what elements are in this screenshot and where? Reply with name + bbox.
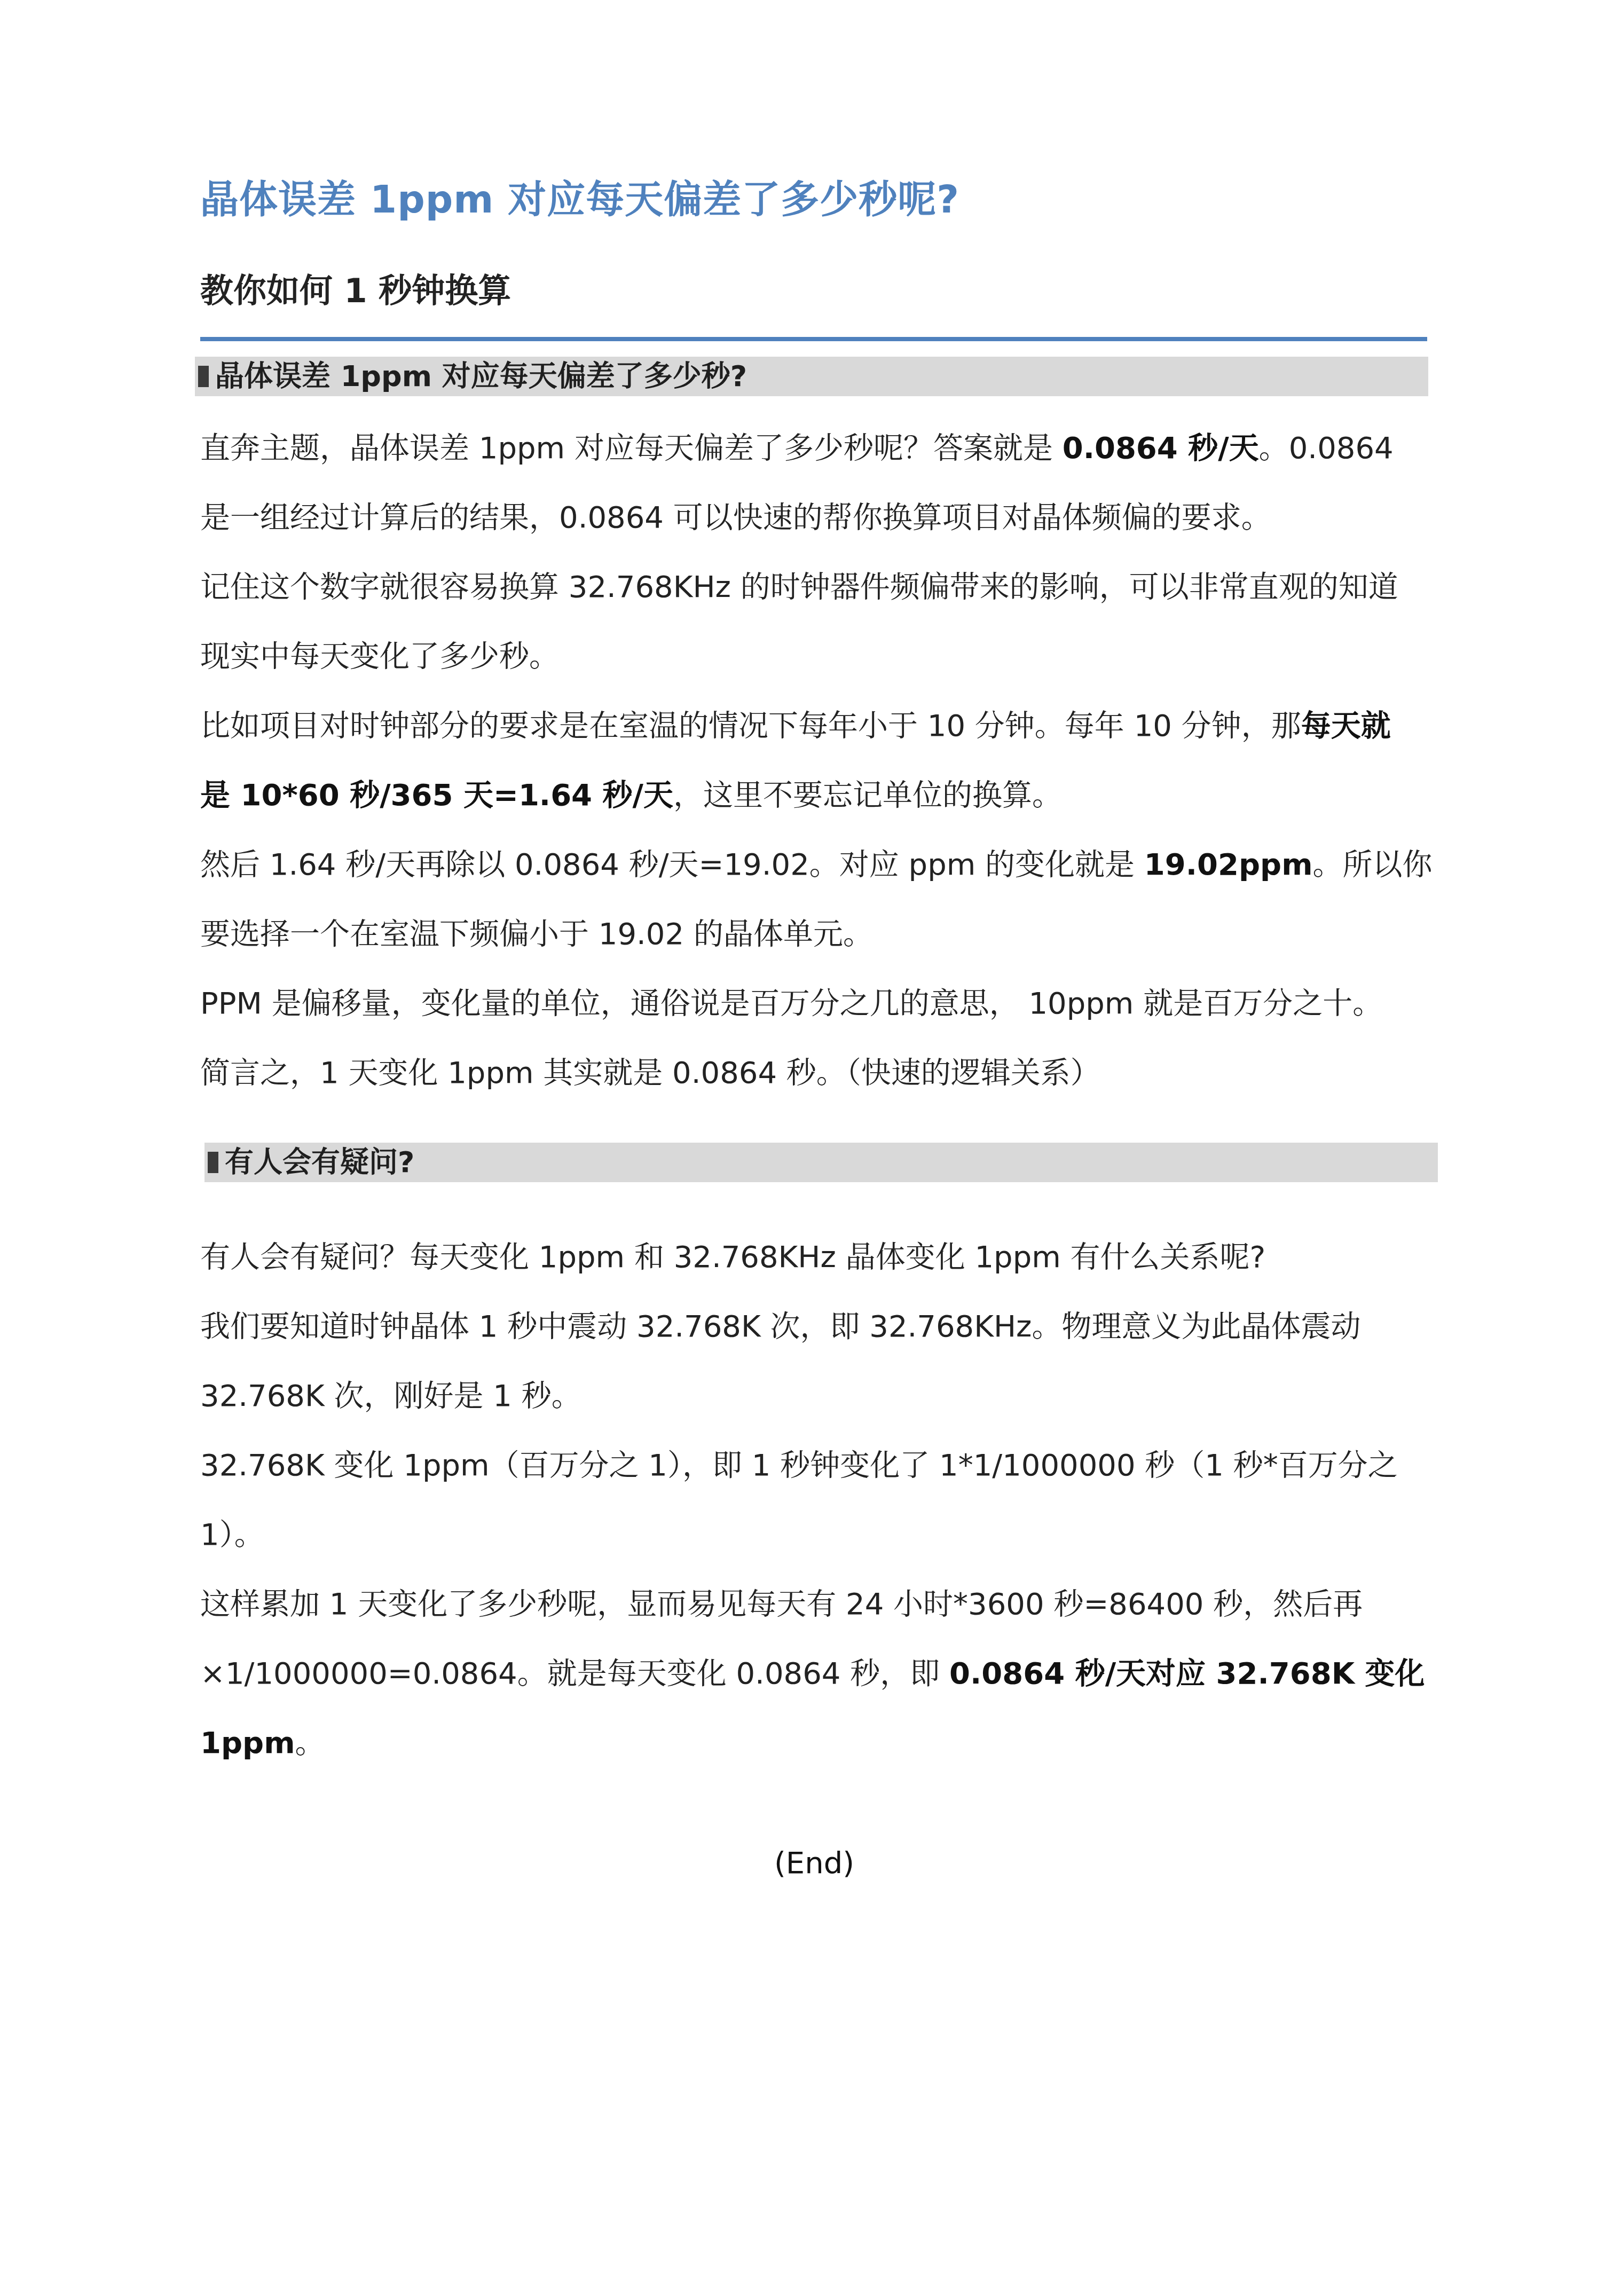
- paragraph-line: 记住这个数字就很容易换算 32.768KHz 的时钟器件频偏带来的影响，可以非常…: [200, 553, 1398, 622]
- paragraph-line: 是一组经过计算后的结果，0.0864 可以快速的帮你换算项目对晶体频偏的要求。: [200, 483, 1271, 553]
- paragraph-line: 有人会有疑问？每天变化 1ppm 和 32.768KHz 晶体变化 1ppm 有…: [200, 1223, 1265, 1292]
- section-heading-1: 晶体误差 1ppm 对应每天偏差了多少秒?: [195, 357, 1428, 396]
- paragraph-line: 比如项目对时钟部分的要求是在室温的情况下每年小于 10 分钟。每年 10 分钟，…: [200, 691, 1391, 761]
- paragraph-line: 我们要知道时钟晶体 1 秒中震动 32.768K 次，即 32.768KHz。物…: [200, 1292, 1360, 1362]
- paragraph-line: 32.768K 次，刚好是 1 秒。: [200, 1362, 581, 1431]
- paragraph-line: ×1/1000000=0.0864。就是每天变化 0.0864 秒，即 0.08…: [200, 1639, 1425, 1709]
- document-subtitle: 教你如何 1 秒钟换算: [200, 264, 511, 318]
- paragraph-line: 32.768K 变化 1ppm（百万分之 1），即 1 秒钟变化了 1*1/10…: [200, 1431, 1398, 1500]
- paragraph-line: 简言之，1 天变化 1ppm 其实就是 0.0864 秒。（快速的逻辑关系）: [200, 1039, 1100, 1108]
- paragraph-line: 要选择一个在室温下频偏小于 19.02 的晶体单元。: [200, 900, 873, 969]
- square-bullet-icon: [208, 1152, 218, 1173]
- square-bullet-icon: [198, 366, 209, 387]
- document-page: 晶体误差 1ppm 对应每天偏差了多少秒呢? 教你如何 1 秒钟换算 晶体误差 …: [0, 0, 1621, 2296]
- title-divider: [200, 337, 1427, 341]
- section-heading-label: 有人会有疑问?: [225, 1143, 414, 1182]
- section-heading-label: 晶体误差 1ppm 对应每天偏差了多少秒?: [215, 357, 747, 396]
- end-mark: (End): [774, 1837, 854, 1890]
- paragraph-line: 1）。: [200, 1500, 264, 1570]
- paragraph-line: 1ppm。: [200, 1709, 325, 1778]
- paragraph-line: 这样累加 1 天变化了多少秒呢，显而易见每天有 24 小时*3600 秒=864…: [200, 1570, 1363, 1639]
- paragraph-line: 然后 1.64 秒/天再除以 0.0864 秒/天=19.02。对应 ppm 的…: [200, 830, 1433, 900]
- section-heading-2: 有人会有疑问?: [204, 1143, 1438, 1182]
- paragraph-line: PPM 是偏移量，变化量的单位，通俗说是百万分之几的意思， 10ppm 就是百万…: [200, 969, 1382, 1039]
- document-title: 晶体误差 1ppm 对应每天偏差了多少秒呢?: [200, 170, 959, 229]
- paragraph-line: 是 10*60 秒/365 天=1.64 秒/天，这里不要忘记单位的换算。: [200, 761, 1062, 830]
- paragraph-line: 直奔主题，晶体误差 1ppm 对应每天偏差了多少秒呢？答案就是 0.0864 秒…: [200, 414, 1394, 483]
- paragraph-line: 现实中每天变化了多少秒。: [200, 622, 559, 691]
